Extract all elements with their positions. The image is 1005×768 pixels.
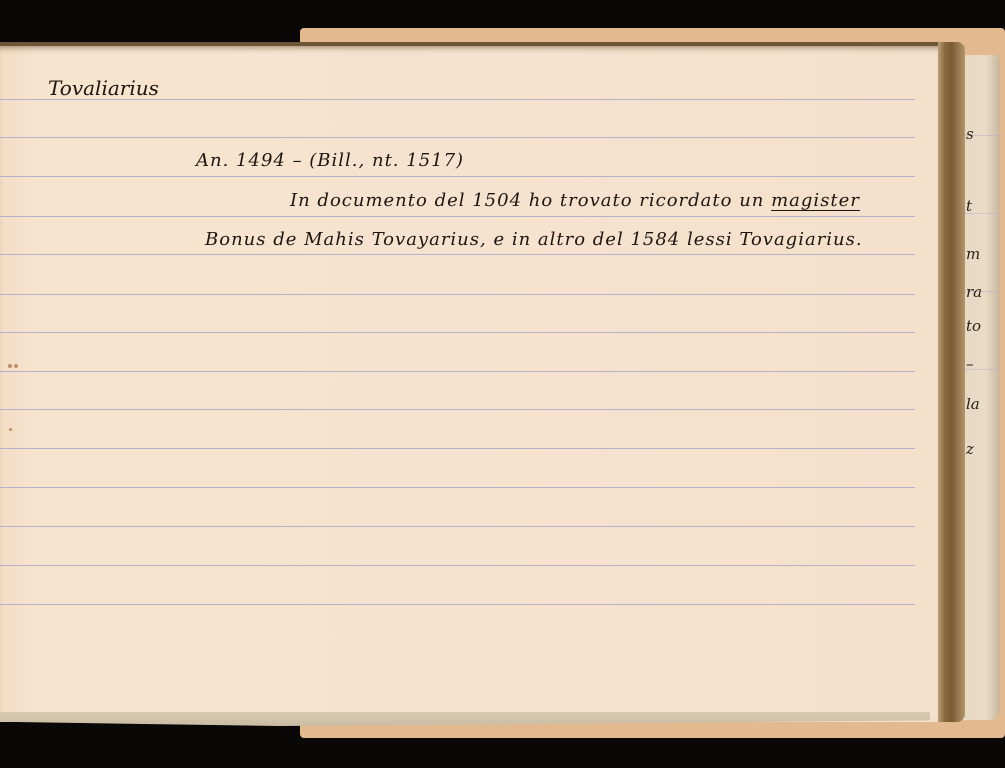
ruled-line: [0, 176, 915, 177]
ruled-line: [0, 371, 915, 372]
entry-heading: Tovaliarius: [48, 76, 159, 100]
under-page-mark: ra: [966, 283, 982, 301]
body-line-1: In documento del 1504 ho trovato ricorda…: [290, 190, 860, 211]
ruled-line: [0, 332, 915, 333]
ink-spot: [9, 428, 12, 431]
ink-spot: [8, 364, 12, 368]
under-page-mark: z: [966, 440, 974, 458]
under-page-mark: m: [966, 245, 980, 263]
ruled-line: [0, 526, 915, 527]
ruled-line: [0, 294, 915, 295]
notebook-page: [0, 42, 938, 722]
ink-spot: [14, 364, 18, 368]
under-page-mark: la: [966, 395, 980, 413]
citation-line: An. 1494 – (Bill., nt. 1517): [196, 150, 464, 171]
under-page-mark: s: [966, 125, 974, 143]
ruled-line: [0, 448, 915, 449]
under-page-mark: to: [966, 317, 981, 335]
body-line-1-text: In documento del 1504 ho trovato ricorda…: [290, 190, 771, 211]
under-page-mark: t: [966, 197, 972, 215]
ruled-line: [0, 409, 915, 410]
ruled-line: [0, 254, 915, 255]
ruled-line: [0, 565, 915, 566]
under-page-mark: –: [966, 355, 974, 373]
ruled-line: [0, 487, 915, 488]
underlined-word: magister: [771, 190, 860, 211]
ruled-line: [0, 216, 915, 217]
ruled-line: [0, 137, 915, 138]
body-line-2: Bonus de Mahis Tovayarius, e in altro de…: [205, 229, 863, 250]
ruled-line: [0, 604, 915, 605]
